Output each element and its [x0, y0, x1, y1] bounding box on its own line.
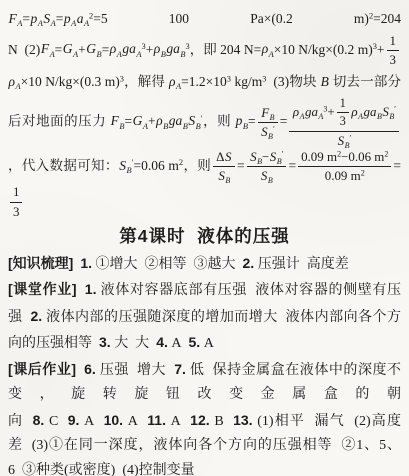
subscript: B	[119, 122, 124, 131]
bold-label: [课后作业]	[8, 361, 76, 377]
subscript: B	[225, 176, 230, 185]
superscript: 2	[337, 150, 341, 159]
math-variable: S	[188, 113, 196, 128]
math-variable: ga	[363, 104, 377, 119]
bold-label: 6.	[84, 361, 96, 377]
bold-label: 1.	[85, 281, 97, 297]
subscript: B	[270, 113, 275, 122]
superscript: 2	[361, 169, 365, 178]
superscript: 3	[120, 74, 124, 83]
superscript: 3	[373, 42, 377, 51]
math-variable: G	[62, 41, 73, 56]
math-variable: G	[86, 41, 97, 56]
math-variable: ρ	[169, 74, 176, 89]
fraction: 0.09 m2−0.06 m20.09 m2	[298, 149, 391, 184]
superscript: 2	[179, 158, 183, 167]
math-variable: ρ	[153, 41, 160, 56]
bold-label: 1.	[80, 255, 92, 271]
subscript: A	[17, 19, 22, 28]
math-variable: p	[63, 11, 71, 26]
math-variable: F	[40, 41, 49, 56]
fraction: 13	[387, 33, 399, 68]
bold-label: 9.	[68, 412, 80, 428]
superscript: 3	[227, 74, 231, 83]
bold-label: 11.	[147, 412, 166, 428]
superscript: 2	[369, 11, 373, 20]
math-variable: S	[260, 168, 267, 183]
math-variable: ρ	[156, 113, 163, 128]
subscript: B	[268, 176, 273, 185]
fraction: FBSB′	[258, 105, 278, 140]
subscript: B	[243, 122, 248, 131]
math-variable: ga	[166, 41, 181, 56]
subscript: A	[73, 50, 78, 59]
fraction: ρAgaA3+13ρAgaBSB′SB′	[289, 96, 399, 149]
document-body: FA=pASA=pAaA2=5 100 Pa×(0.2 m)2=204 N (2…	[8, 5, 401, 476]
superscript: 3	[323, 104, 327, 113]
math-variable: S	[261, 124, 268, 139]
math-variable: ga	[304, 104, 318, 119]
math-variable: ρ	[351, 104, 358, 119]
subscript: B	[257, 157, 262, 166]
math-variable: S	[337, 133, 344, 148]
superscript: 2	[89, 11, 93, 20]
math-variable: ρ	[109, 41, 116, 56]
bold-label: 7.	[174, 361, 186, 377]
subscript: B	[196, 122, 201, 131]
subscript: A	[51, 19, 56, 28]
math-variable: a	[76, 11, 84, 26]
math-variable: p	[30, 11, 38, 26]
bold-label: [知识梳理]	[8, 255, 73, 271]
knowledge-review-answers: [知识梳理] 1. ①增大 ②相等 ③越大 2. 压强计 高度差	[8, 251, 401, 278]
math-variable: F	[8, 11, 17, 26]
math-variable: ga	[168, 113, 183, 128]
superscript: 3	[262, 74, 266, 83]
solution-paragraph: FA=pASA=pAaA2=5 100 Pa×(0.2 m)2=204 N (2…	[8, 5, 401, 220]
subscript: A	[176, 82, 181, 91]
fraction: 13	[10, 184, 22, 219]
math-variable: S	[43, 11, 51, 26]
homework-answers: [课后作业] 6. 压强 增大 7. 低 保持金属盒在液体中的深度不变，旋转旋钮…	[8, 357, 401, 476]
bold-label: 4.	[156, 334, 168, 350]
superscript: ′	[132, 158, 134, 167]
math-variable: G	[132, 113, 143, 128]
bold-label: [课堂作业]	[8, 281, 77, 297]
superscript: ′	[201, 114, 203, 123]
classwork-answers: [课堂作业] 1. 液体对容器底部有压强 液体对容器的侧壁有压强 2. 液体内部…	[8, 277, 401, 357]
math-variable: ρ	[292, 104, 299, 119]
superscript: 2	[384, 150, 388, 159]
subscript: A	[143, 122, 148, 131]
math-variable: S	[224, 149, 231, 164]
superscript: ′	[394, 104, 396, 113]
superscript: ′	[273, 124, 275, 133]
bold-label: 3.	[99, 334, 111, 350]
bold-label: 12.	[190, 412, 209, 428]
math-variable: ρ	[261, 41, 268, 56]
bold-label: 2.	[243, 255, 255, 271]
subscript: A	[50, 50, 55, 59]
subscript: A	[269, 50, 274, 59]
math-variable: F	[261, 105, 270, 120]
superscript: ′	[282, 150, 284, 159]
fraction: SB−SB′SB	[247, 149, 287, 184]
math-variable: ga	[122, 41, 137, 56]
superscript: 3	[141, 42, 145, 51]
math-variable: S	[269, 149, 276, 164]
bold-label: 5.	[189, 334, 201, 350]
bold-label: 2.	[30, 308, 42, 324]
fraction: 13	[337, 96, 349, 130]
subscript: A	[15, 82, 20, 91]
subscript: B	[127, 166, 132, 175]
subscript: A	[84, 19, 89, 28]
bold-label: 13.	[233, 412, 252, 428]
subscript: B	[97, 50, 102, 59]
lesson-title: 第4课时 液体的压强	[8, 223, 401, 248]
math-variable: p	[235, 113, 243, 128]
math-variable: B	[320, 74, 329, 89]
superscript: 3	[185, 42, 189, 51]
bold-label: 10.	[104, 412, 123, 428]
math-variable: S	[250, 149, 257, 164]
scanned-answer-page: FA=pASA=pAaA2=5 100 Pa×(0.2 m)2=204 N (2…	[0, 0, 409, 476]
bold-label: 8.	[33, 412, 45, 428]
math-variable: S	[119, 158, 127, 173]
fraction: ΔSSB	[213, 149, 235, 184]
superscript: ′	[349, 133, 351, 142]
